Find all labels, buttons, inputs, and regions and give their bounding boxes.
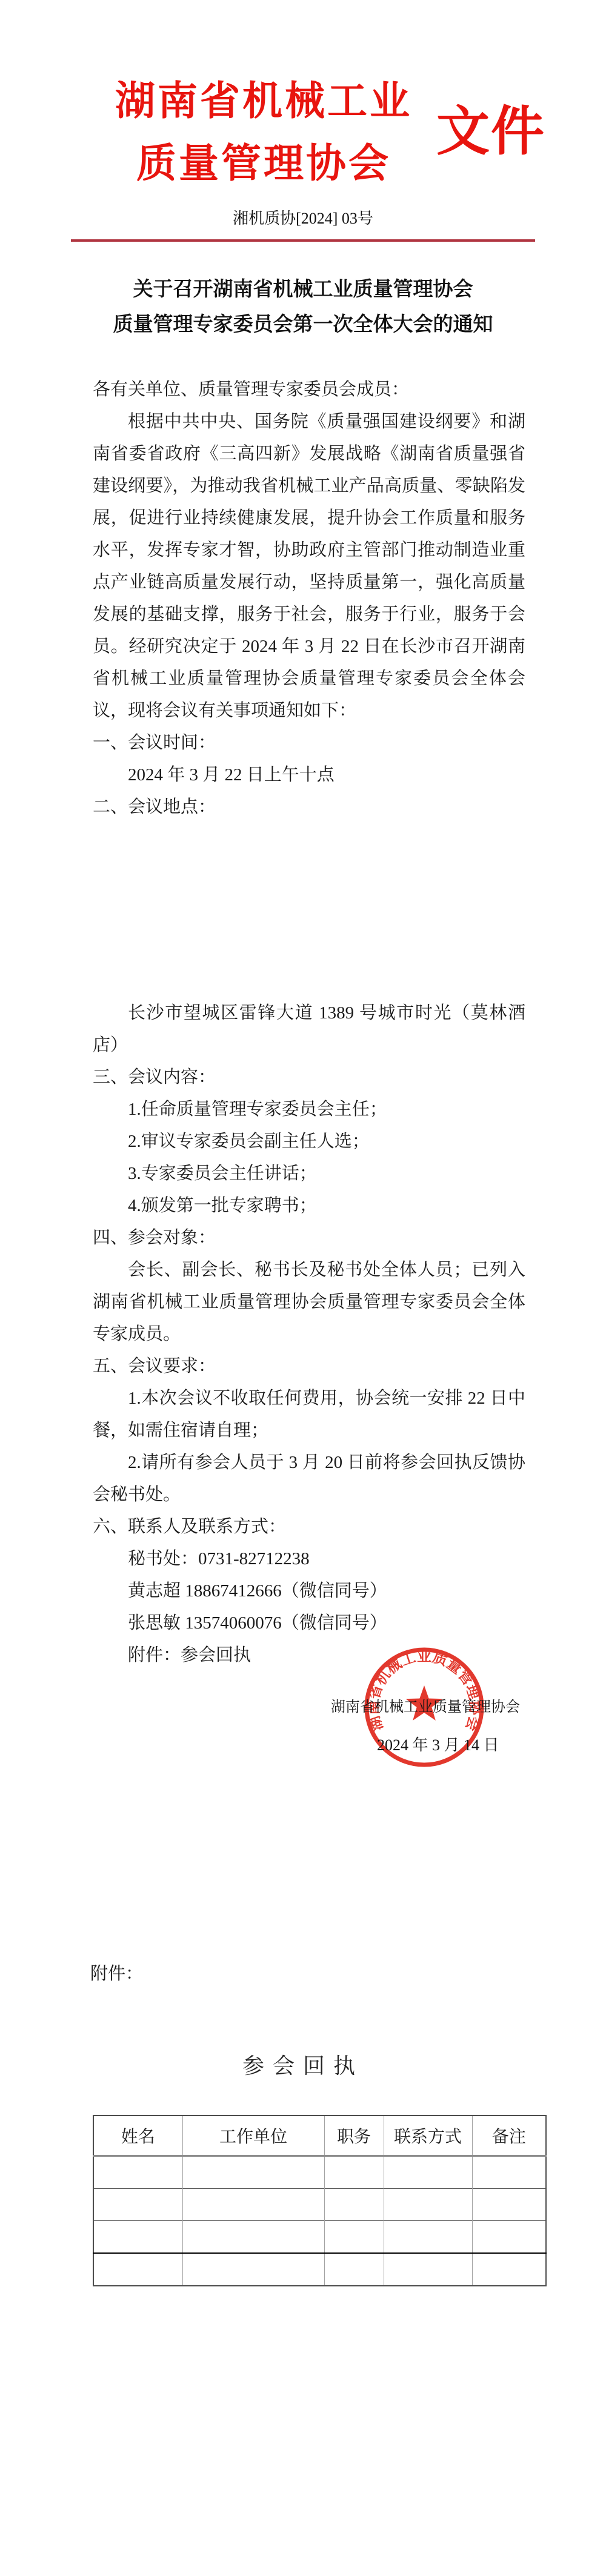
signing-date: 2024 年 3 月 14 日 xyxy=(377,1734,499,1756)
col-header-remark: 备注 xyxy=(472,2116,546,2156)
table-cell-empty xyxy=(93,2253,182,2286)
blank-area xyxy=(93,823,525,997)
doc-title-line1: 关于召开湖南省机械工业质量管理协会 xyxy=(0,272,606,307)
table-cell-empty xyxy=(472,2221,546,2254)
table-row xyxy=(93,2189,546,2221)
section3-item: 2.审议专家委员会副主任人选； xyxy=(93,1126,525,1158)
table-cell-empty xyxy=(472,2156,546,2189)
section4-content: 会长、副会长、秘书长及秘书处全体人员；已列入湖南省机械工业质量管理协会质量管理专… xyxy=(93,1254,525,1350)
doc-title: 关于召开湖南省机械工业质量管理协会 质量管理专家委员会第一次全体大会的通知 xyxy=(0,272,606,342)
table-cell-empty xyxy=(182,2221,324,2254)
col-header-contact: 联系方式 xyxy=(384,2116,472,2156)
reply-slip-table: 姓名 工作单位 职务 联系方式 备注 xyxy=(93,2115,547,2286)
table-cell-empty xyxy=(384,2156,472,2189)
table-cell-empty xyxy=(182,2189,324,2221)
table-row xyxy=(93,2221,546,2254)
section2-heading: 二、会议地点： xyxy=(93,791,525,823)
attachment-label: 附件： xyxy=(90,1957,606,1990)
contact-line: 黄志超 18867412666（微信同号） xyxy=(93,1575,525,1607)
contact-line: 张思敏 13574060076（微信同号） xyxy=(93,1607,525,1639)
section3-item: 4.颁发第一批专家聘书； xyxy=(93,1190,525,1222)
contact-line: 秘书处：0731-82712238 xyxy=(93,1543,525,1575)
doc-title-line2: 质量管理专家委员会第一次全体大会的通知 xyxy=(0,307,606,342)
section1-content: 2024 年 3 月 22 日上午十点 xyxy=(93,759,525,791)
table-cell-empty xyxy=(324,2156,384,2189)
org-name: 湖南省机械工业 质量管理协会 xyxy=(91,70,436,195)
section3-item: 1.任命质量管理专家委员会主任； xyxy=(93,1094,525,1126)
table-cell-empty xyxy=(324,2221,384,2254)
table-cell-empty xyxy=(93,2189,182,2221)
table-header-row: 姓名 工作单位 职务 联系方式 备注 xyxy=(93,2116,546,2156)
table-cell-empty xyxy=(93,2156,182,2189)
section5-item: 2.请所有参会人员于 3 月 20 日前将参会回执反馈协会秘书处。 xyxy=(93,1447,525,1511)
section2-content: 长沙市望城区雷锋大道 1389 号城市时光（莫林酒店） xyxy=(93,997,525,1061)
table-cell-empty xyxy=(182,2253,324,2286)
section3-heading: 三、会议内容： xyxy=(93,1061,525,1094)
section6-heading: 六、联系人及联系方式： xyxy=(93,1511,525,1543)
doc-number: 湘机质协[2024] 03号 xyxy=(0,208,606,229)
org-name-line1: 湖南省机械工业 xyxy=(91,70,436,133)
table-cell-empty xyxy=(472,2189,546,2221)
section4-heading: 四、参会对象： xyxy=(93,1222,525,1254)
col-header-position: 职务 xyxy=(324,2116,384,2156)
table-row xyxy=(93,2253,546,2286)
red-divider-rule xyxy=(71,239,535,242)
table-cell-empty xyxy=(324,2189,384,2221)
table-cell-empty xyxy=(472,2253,546,2286)
signing-org: 湖南省机械工业质量管理协会 xyxy=(331,1697,520,1718)
table-cell-empty xyxy=(384,2221,472,2254)
doc-type-label: 文件 xyxy=(436,102,545,163)
org-name-line2: 质量管理协会 xyxy=(91,133,436,195)
section5-heading: 五、会议要求： xyxy=(93,1350,525,1383)
section3-item: 3.专家委员会主任讲话； xyxy=(93,1158,525,1190)
signature-block: 湖南省机械工业质量管理协会 湖南省机械工业质量管理协会 2024 年 3 月 1… xyxy=(93,1671,525,1781)
salutation: 各有关单位、质量管理专家委员会成员： xyxy=(93,374,525,406)
attachment-title: 参会回执 xyxy=(0,2051,606,2080)
table-cell-empty xyxy=(324,2253,384,2286)
col-header-employer: 工作单位 xyxy=(182,2116,324,2156)
table-cell-empty xyxy=(384,2253,472,2286)
doc-body: 各有关单位、质量管理专家委员会成员： 根据中共中央、国务院《质量强国建设纲要》和… xyxy=(93,374,525,1781)
official-document-page: 湖南省机械工业 质量管理协会 文件 湘机质协[2024] 03号 关于召开湖南省… xyxy=(0,0,606,2576)
table-cell-empty xyxy=(182,2156,324,2189)
col-header-name: 姓名 xyxy=(93,2116,182,2156)
section1-heading: 一、会议时间： xyxy=(93,727,525,759)
intro-paragraph: 根据中共中央、国务院《质量强国建设纲要》和湖南省委省政府《三高四新》发展战略《湖… xyxy=(93,406,525,727)
table-cell-empty xyxy=(384,2189,472,2221)
section5-item: 1.本次会议不收取任何费用，协会统一安排 22 日中餐，如需住宿请自理； xyxy=(93,1383,525,1447)
table-row xyxy=(93,2156,546,2189)
table-cell-empty xyxy=(93,2221,182,2254)
letterhead: 湖南省机械工业 质量管理协会 文件 xyxy=(0,0,606,195)
